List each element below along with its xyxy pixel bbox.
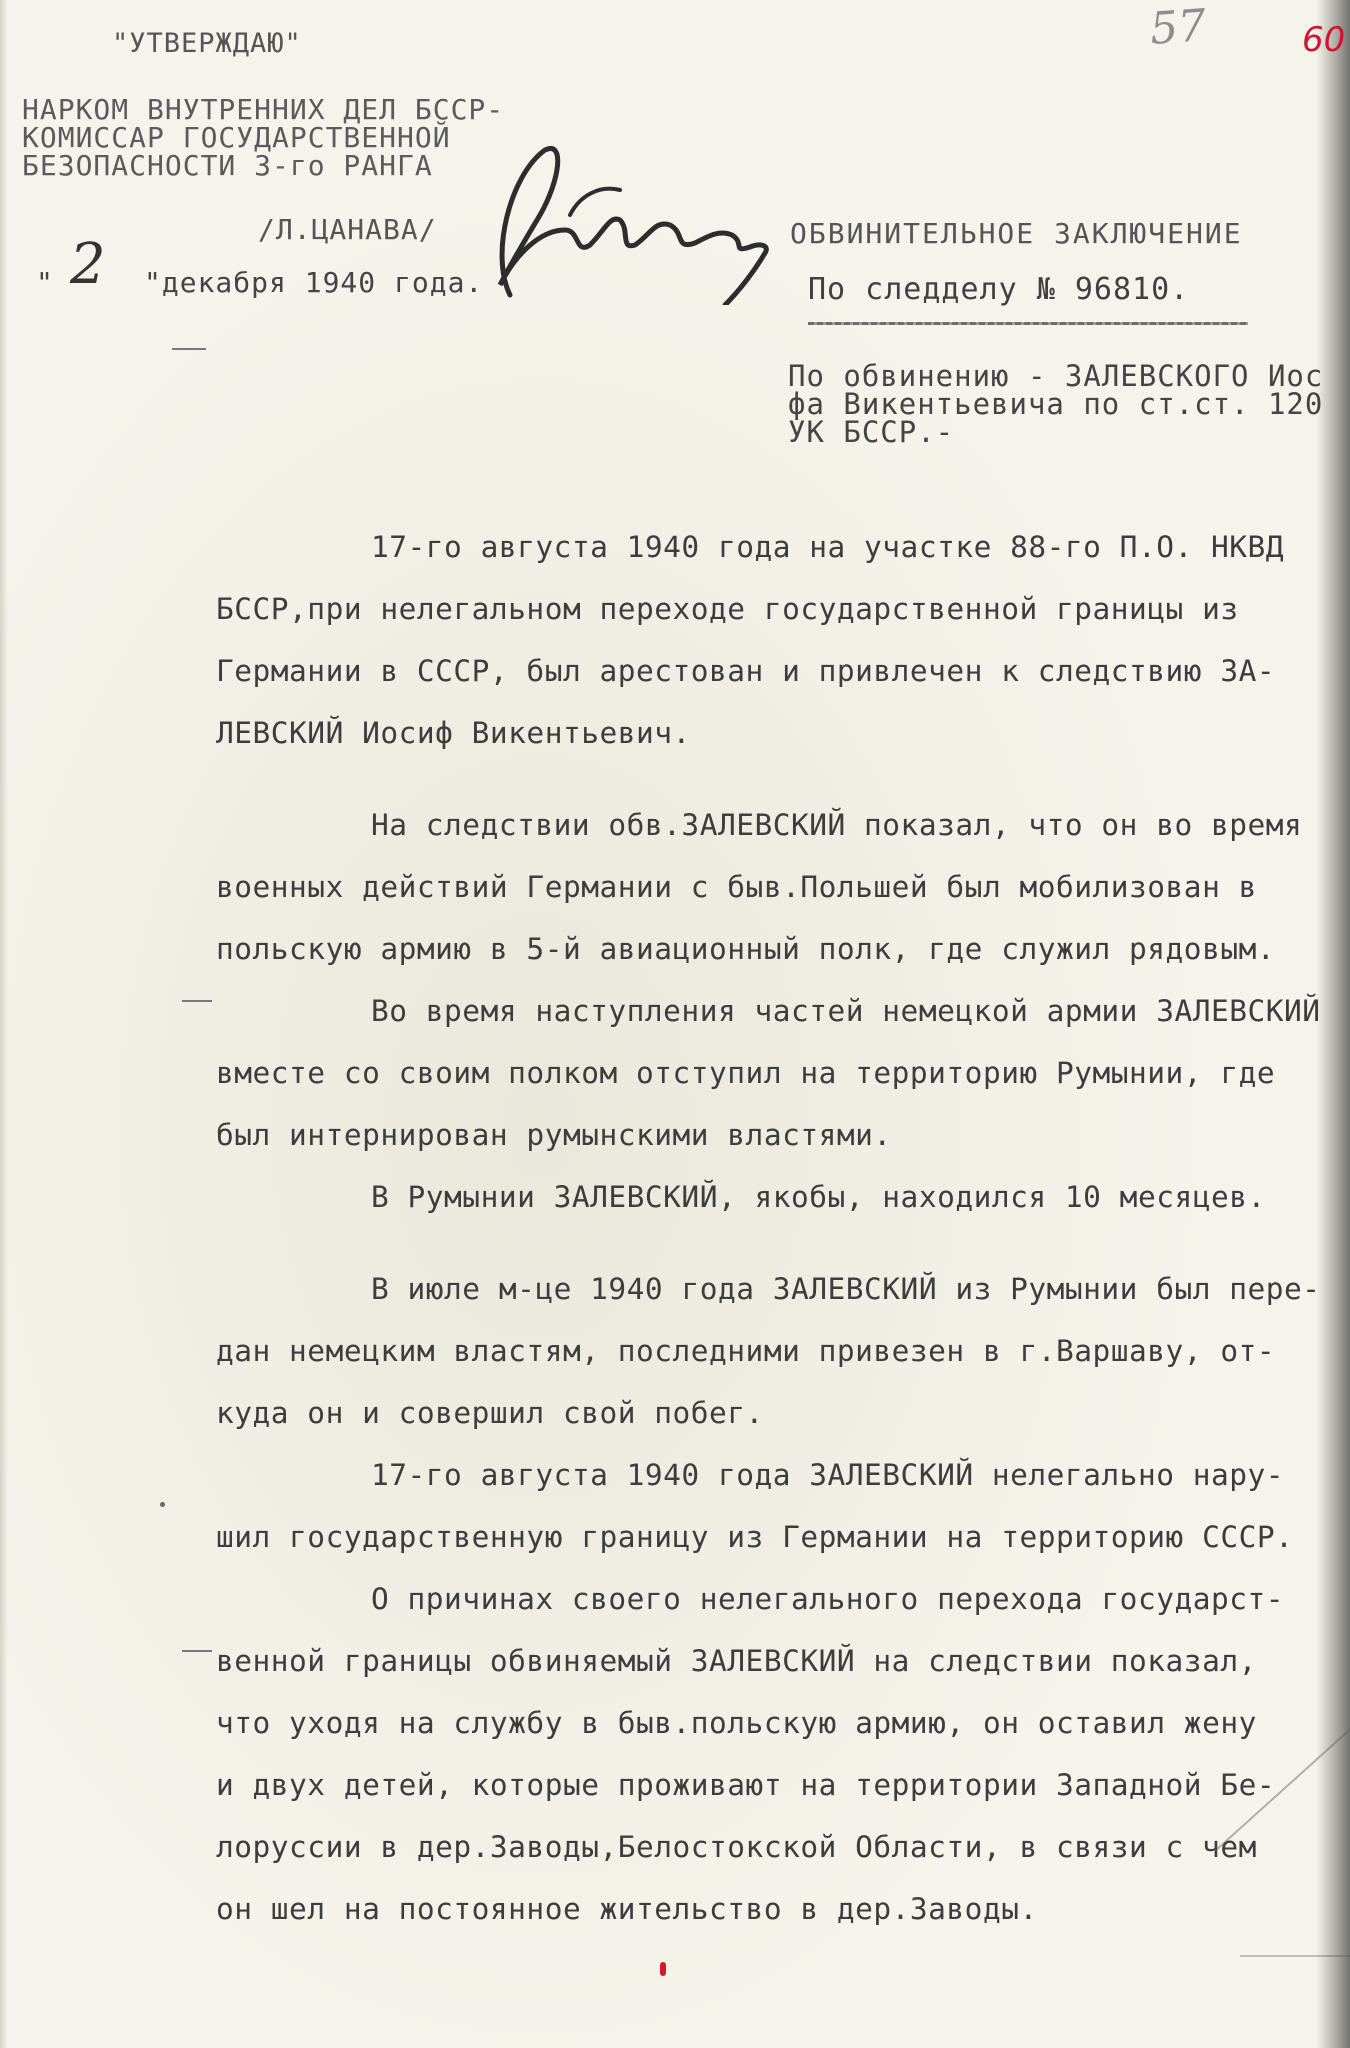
date-open-quote: "	[36, 266, 53, 299]
approval-position: НАРКОМ ВНУТРЕННИХ ДЕЛ БССР- КОМИССАР ГОС…	[22, 96, 504, 180]
charge-line: По обвинению - ЗАЛЕВСКОГО Иос	[788, 362, 1323, 390]
body-line: лоруссии в дер.Заводы,Белостокской Облас…	[216, 1830, 1257, 1864]
body-line: шил государственную границу из Германии …	[216, 1520, 1293, 1554]
case-number: По следделу № 96810.	[808, 272, 1189, 307]
approval-position-line: НАРКОМ ВНУТРЕННИХ ДЕЛ БССР-	[22, 96, 504, 124]
body-line: ЛЕВСКИЙ Иосиф Викентьевич.	[216, 716, 691, 750]
body-line: и двух детей, которые проживают на терри…	[216, 1768, 1275, 1802]
body-line: БССР,при нелегальном переходе государств…	[216, 592, 1239, 626]
red-ink-mark	[660, 1962, 666, 1976]
body-line: 17-го августа 1940 года на участке 88-го…	[371, 530, 1284, 564]
body-line: В Румынии ЗАЛЕВСКИЙ, якобы, находился 10…	[371, 1180, 1266, 1214]
body-line: был интернирован румынскими властями.	[216, 1118, 892, 1152]
body-line: он шел на постоянное жительство в дер.За…	[216, 1892, 1038, 1926]
scan-left-edge	[0, 0, 8, 2048]
charge-line: УК БССР.-	[788, 418, 1323, 446]
margin-dash	[182, 1650, 212, 1652]
body-line: венной границы обвиняемый ЗАЛЕВСКИЙ на с…	[216, 1644, 1257, 1678]
scan-right-shadow	[1316, 0, 1350, 2048]
approval-signer: /Л.ЦАНАВА/	[258, 213, 437, 246]
body-line: О причинах своего нелегального перехода …	[371, 1582, 1284, 1616]
date-month-year: "декабря 1940 года.	[144, 266, 483, 299]
body-line: В июле м-це 1940 года ЗАЛЕВСКИЙ из Румын…	[371, 1272, 1321, 1306]
charge-line: фа Викентьевича по ст.ст. 120	[788, 390, 1323, 418]
body-line: военных действий Германии с быв.Польшей …	[216, 870, 1257, 904]
handwritten-signature	[470, 135, 770, 305]
archive-red-number: 60	[1302, 20, 1345, 60]
charge-block: По обвинению - ЗАЛЕВСКОГО Иос фа Викенть…	[788, 362, 1323, 446]
date-day-handwritten: 2	[70, 232, 106, 297]
archive-pencil-number: 57	[1148, 0, 1207, 55]
margin-dash	[172, 348, 206, 350]
approval-position-line: КОМИССАР ГОСУДАРСТВЕННОЙ	[22, 124, 504, 152]
body-line: Во время наступления частей немецкой арм…	[371, 994, 1321, 1028]
body-line: 17-го августа 1940 года ЗАЛЕВСКИЙ нелега…	[371, 1458, 1284, 1492]
body-line: Германии в СССР, был арестован и привлеч…	[216, 654, 1275, 688]
margin-dot	[160, 1502, 165, 1507]
body-line: что уходя на службу в быв.польскую армию…	[216, 1706, 1257, 1740]
body-line: куда он и совершил свой побег.	[216, 1396, 764, 1430]
document-title: ОБВИНИТЕЛЬНОЕ ЗАКЛЮЧЕНИЕ	[790, 217, 1243, 250]
approval-position-line: БЕЗОПАСНОСТИ 3-го РАНГА	[22, 152, 504, 180]
body-line: польскую армию в 5-й авиационный полк, г…	[216, 932, 1275, 966]
approval-stamp: "УТВЕРЖДАЮ"	[112, 28, 302, 59]
body-line: На следствии обв.ЗАЛЕВСКИЙ показал, что …	[371, 808, 1302, 842]
title-underline	[808, 322, 1248, 325]
margin-dash	[182, 1000, 212, 1002]
body-line: дан немецким властям, последними привезе…	[216, 1334, 1275, 1368]
document-page: 57 60 "УТВЕРЖДАЮ" НАРКОМ ВНУТРЕННИХ ДЕЛ …	[0, 0, 1350, 2048]
body-line: вместе со своим полком отступил на терри…	[216, 1056, 1275, 1090]
fold-mark	[1240, 1955, 1350, 1957]
